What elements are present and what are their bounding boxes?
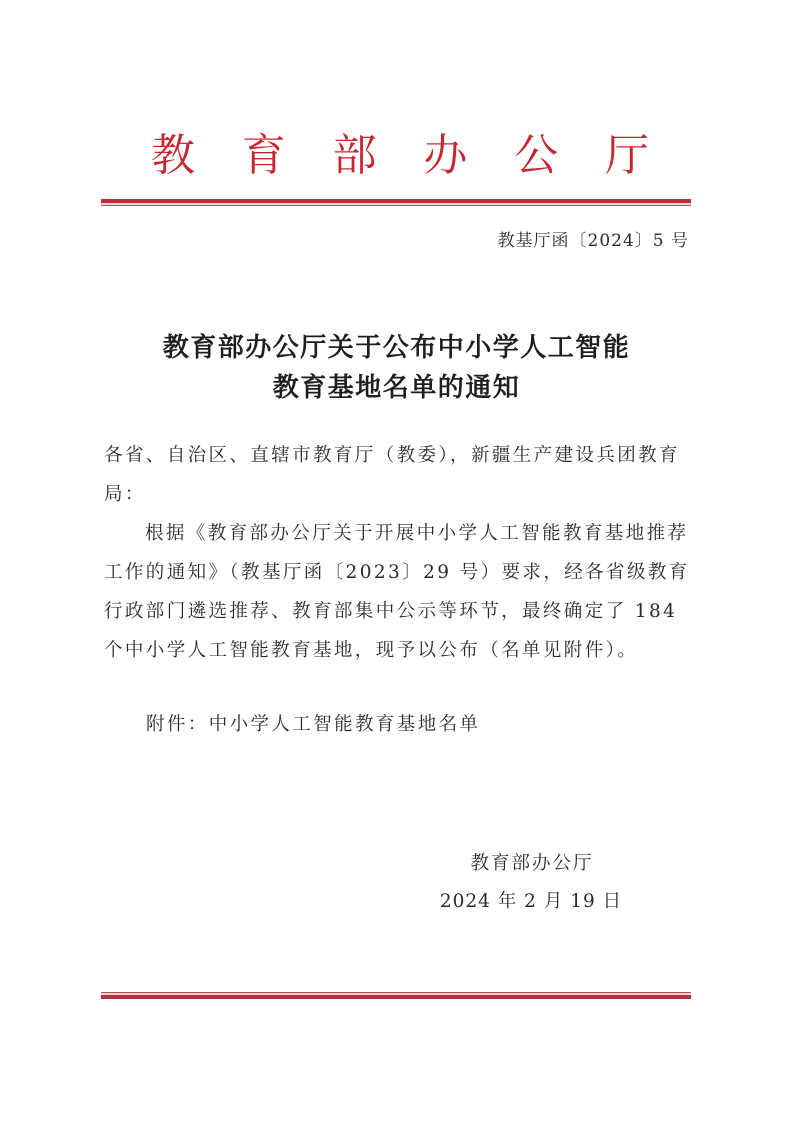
signing-organization: 教育部办公厅	[420, 845, 640, 883]
signing-date: 2024 年 2 月 19 日	[420, 883, 640, 921]
footer-divider	[101, 992, 691, 999]
title-line-2: 教育基地名单的通知	[0, 368, 793, 408]
document-number: 教基厅函〔2024〕5 号	[498, 228, 689, 254]
divider-thick-line	[101, 995, 691, 999]
attachment-note: 附件：中小学人工智能教育基地名单	[146, 710, 480, 740]
salutation: 各省、自治区、直辖市教育厅（教委），新疆生产建设兵团教育局：	[104, 436, 690, 514]
masthead-char: 办	[422, 128, 468, 184]
document-page: 教 育 部 办 公 厅 教基厅函〔2024〕5 号 教育部办公厅关于公布中小学人…	[0, 0, 793, 1121]
masthead-char: 教	[150, 128, 196, 184]
masthead-char: 公	[513, 128, 559, 184]
masthead-divider-top	[101, 199, 691, 206]
title-line-1: 教育部办公厅关于公布中小学人工智能	[0, 328, 793, 368]
masthead-char: 部	[332, 128, 378, 184]
body-paragraph: 根据《教育部办公厅关于开展中小学人工智能教育基地推荐工作的通知》（教基厅函〔20…	[104, 514, 690, 670]
divider-thin-line	[101, 205, 691, 206]
masthead-char: 厅	[604, 128, 650, 184]
masthead-char: 育	[241, 128, 287, 184]
document-title: 教育部办公厅关于公布中小学人工智能 教育基地名单的通知	[0, 328, 793, 408]
signature-block: 教育部办公厅 2024 年 2 月 19 日	[420, 845, 640, 921]
masthead-title: 教 育 部 办 公 厅	[150, 128, 650, 184]
